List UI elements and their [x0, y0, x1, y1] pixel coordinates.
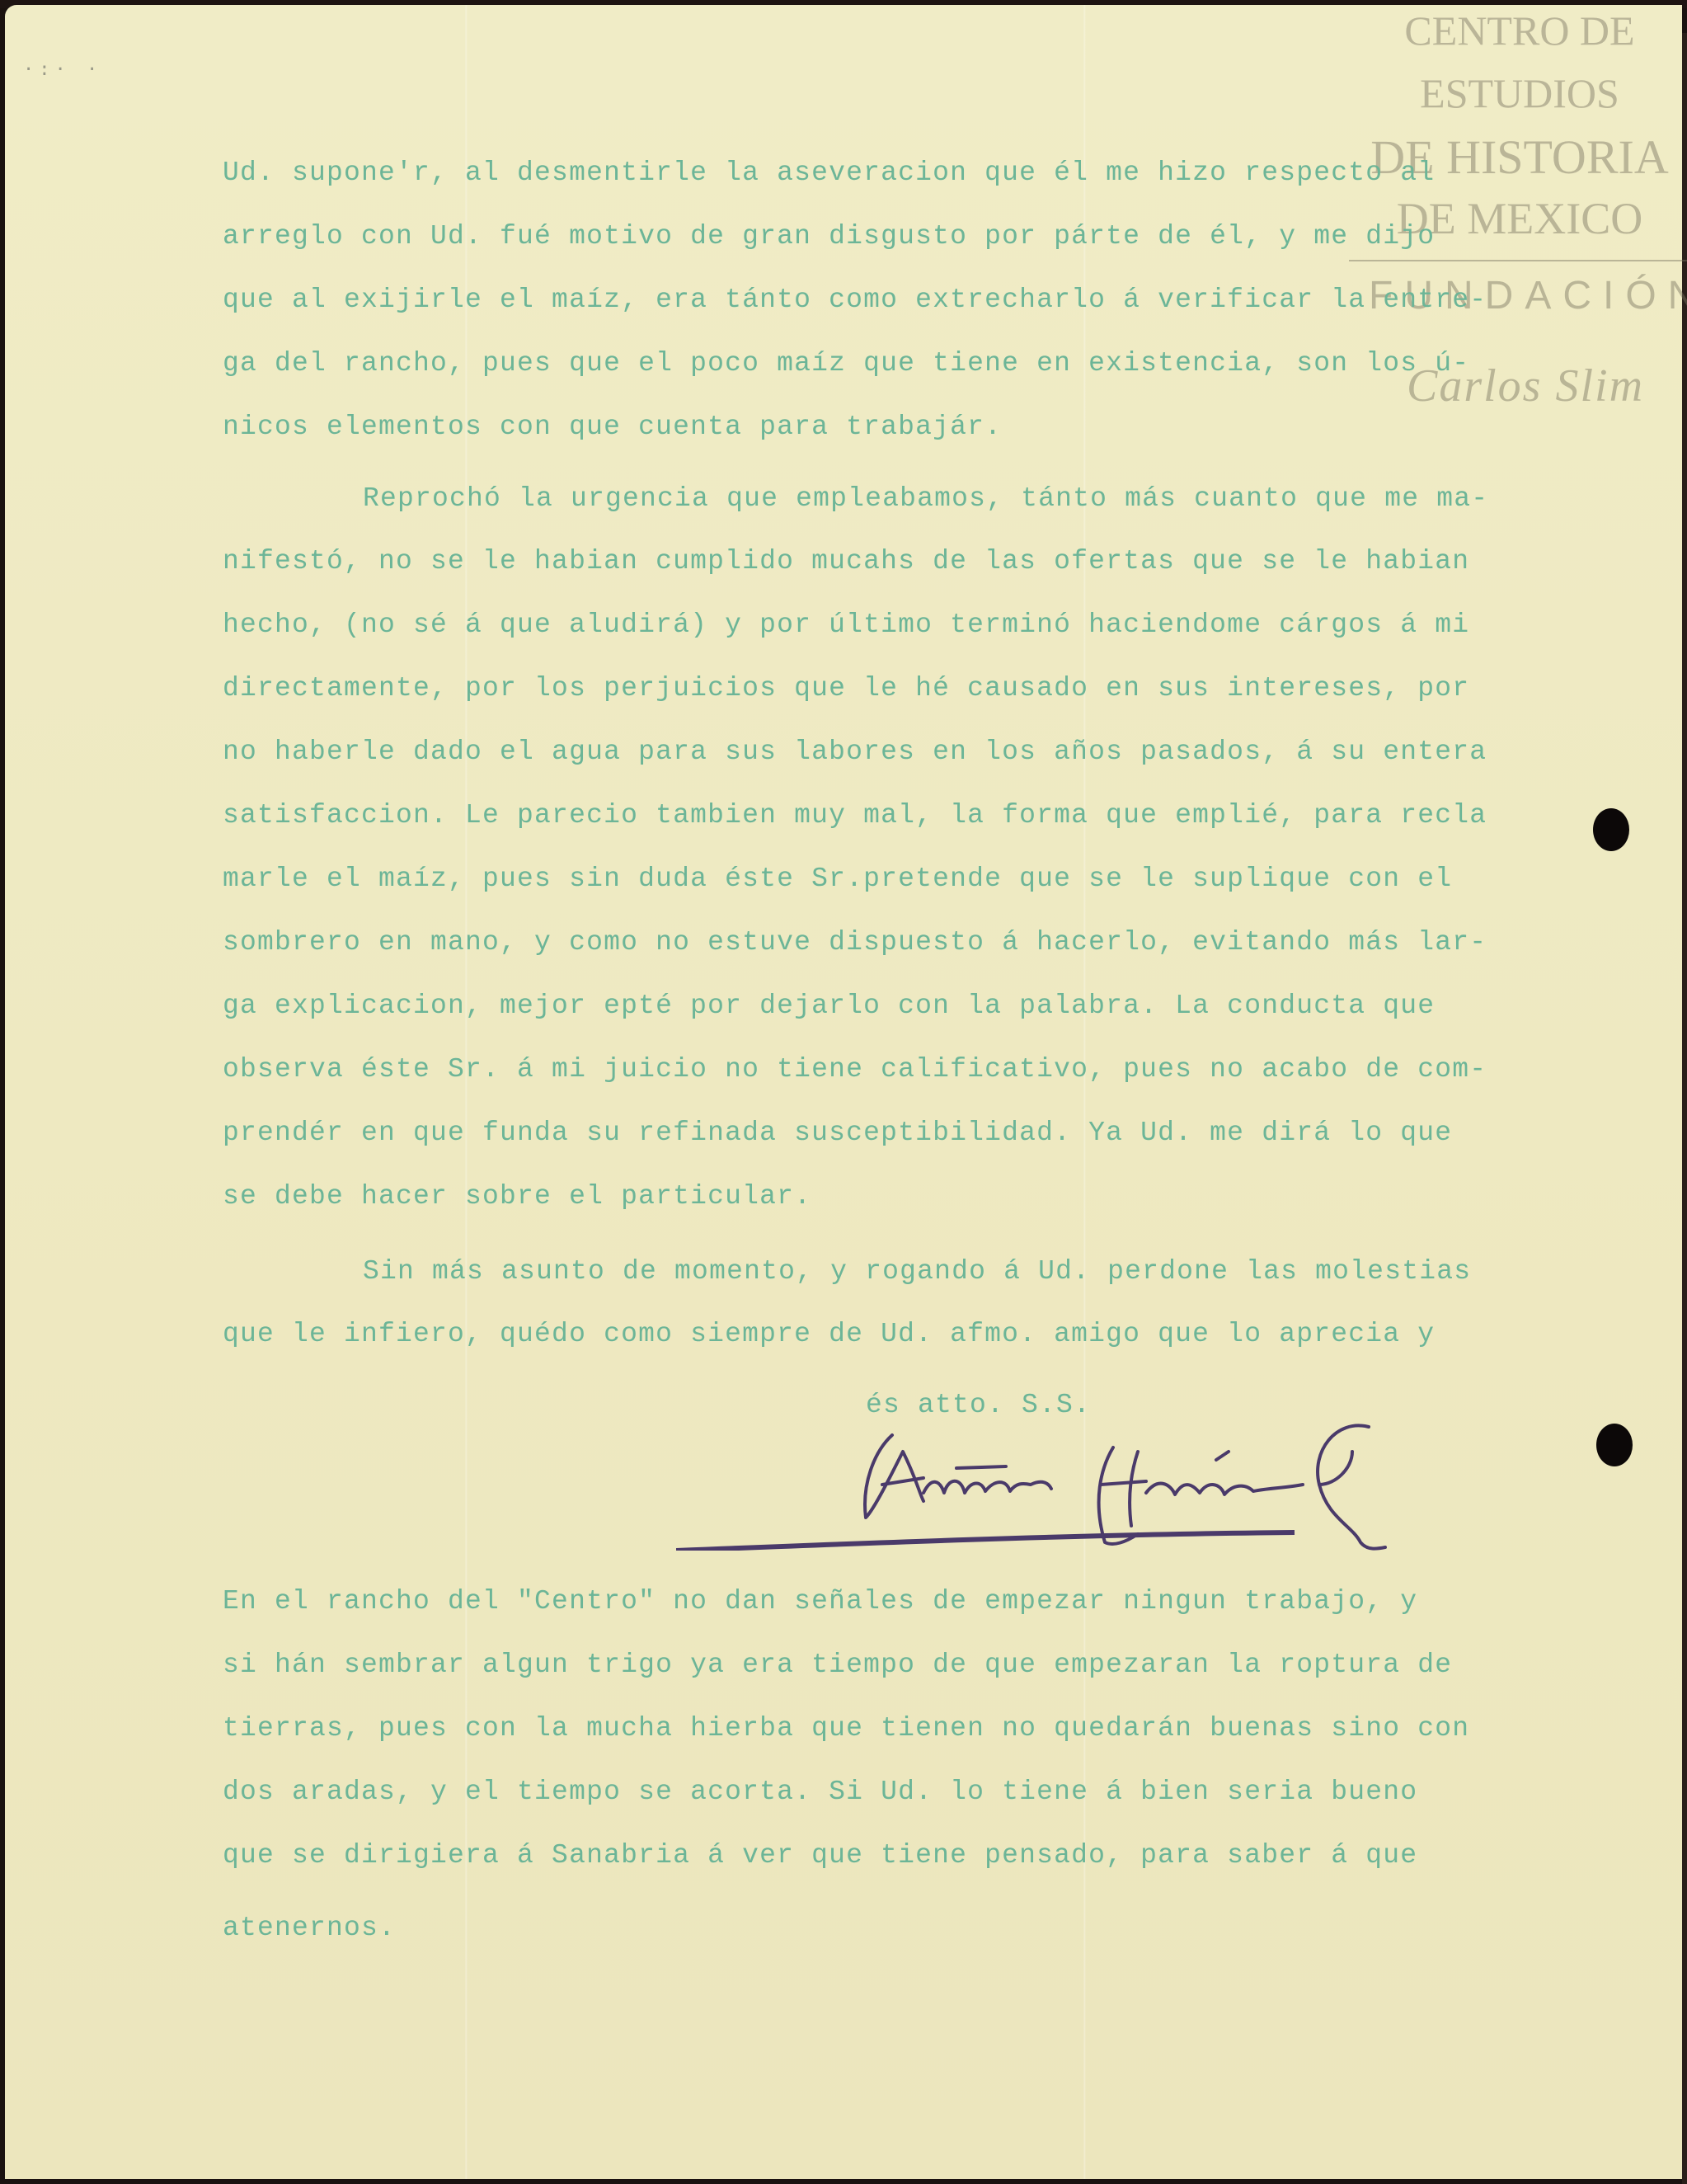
paragraph-1-line: que al exijirle el maíz, era tánto como …	[223, 284, 1487, 317]
paragraph-1-line: Ud. supone'r, al desmentirle la aseverac…	[223, 157, 1435, 190]
paragraph-2-line: se debe hacer sobre el particular.	[223, 1180, 811, 1213]
postscript-line: atenernos.	[223, 1912, 396, 1945]
watermark-divider	[1349, 260, 1687, 261]
paragraph-1-line: arreglo con Ud. fué motivo de gran disgu…	[223, 220, 1435, 253]
postscript-line: tierras, pues con la mucha hierba que ti…	[223, 1712, 1469, 1745]
paragraph-2-line: Reprochó la urgencia que empleabamos, tá…	[363, 482, 1488, 515]
paragraph-2-line: marle el maíz, pues sin duda éste Sr.pre…	[223, 863, 1452, 896]
paragraph-1-line: nicos elementos con que cuenta para trab…	[223, 411, 1002, 444]
watermark-line-2: ESTUDIOS	[1355, 73, 1685, 114]
paragraph-2-line: prendér en que funda su refinada suscept…	[223, 1117, 1452, 1150]
paragraph-2-line: ga explicacion, mejor epté por dejarlo c…	[223, 990, 1435, 1023]
postscript-line: que se dirigiera á Sanabria á ver que ti…	[223, 1839, 1417, 1872]
paragraph-2-line: no haberle dado el agua para sus labores…	[223, 736, 1487, 769]
handwritten-signature	[676, 1402, 1501, 1551]
punch-hole	[1596, 1424, 1633, 1466]
paragraph-2-line: hecho, (no sé á que aludirá) y por últim…	[223, 609, 1469, 642]
watermark-line-1: CENTRO DE	[1355, 10, 1685, 51]
paragraph-1-line: ga del rancho, pues que el poco maíz que…	[223, 347, 1469, 380]
postscript-line: dos aradas, y el tiempo se acorta. Si Ud…	[223, 1776, 1417, 1809]
paragraph-3-line: Sin más asunto de momento, y rogando á U…	[363, 1255, 1471, 1288]
paragraph-3-line: que le infiero, quédo como siempre de Ud…	[223, 1318, 1435, 1351]
paragraph-2-line: satisfaccion. Le parecio tambien muy mal…	[223, 799, 1487, 832]
paragraph-2-line: sombrero en mano, y como no estuve dispu…	[223, 926, 1487, 959]
margin-pencil-marks: ·:· ·	[23, 59, 102, 80]
paragraph-2-line: nifestó, no se le habian cumplido mucahs…	[223, 545, 1469, 578]
postscript-line: si hán sembrar algun trigo ya era tiempo…	[223, 1649, 1452, 1682]
paragraph-2-line: observa éste Sr. á mi juicio no tiene ca…	[223, 1053, 1487, 1086]
scan-right-border	[1682, 33, 1687, 2184]
punch-hole	[1593, 808, 1629, 851]
postscript-line: En el rancho del "Centro" no dan señales…	[223, 1585, 1417, 1618]
paragraph-2-line: directamente, por los perjuicios que le …	[223, 672, 1469, 705]
